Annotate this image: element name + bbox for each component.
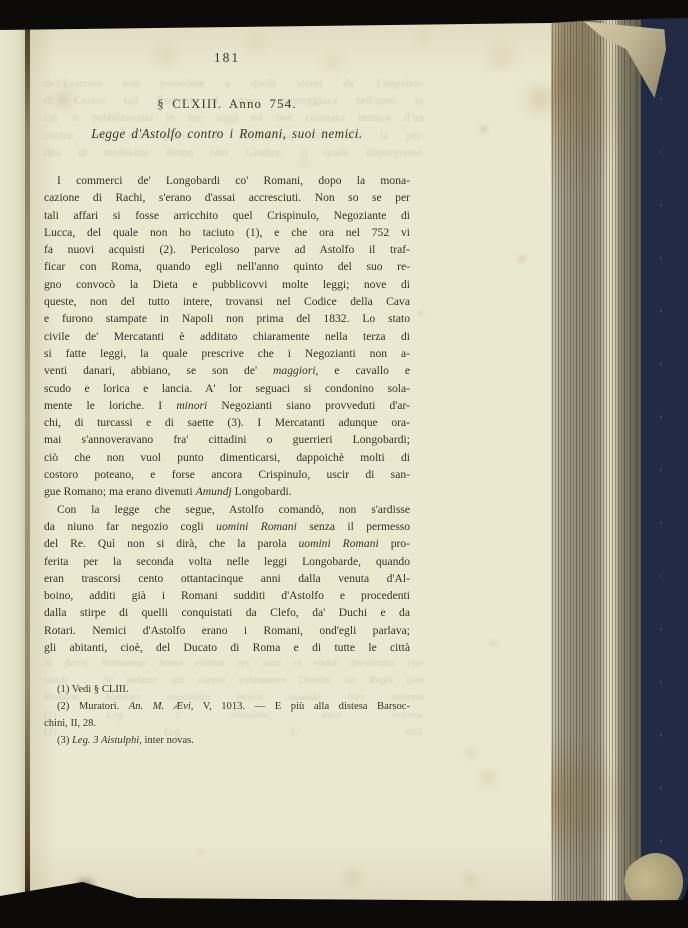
paragraph-2: Con la legge che segue, Astolfo comandò,… (44, 501, 410, 657)
body-text: I commerci de' Longobardi co' Romani, do… (44, 172, 410, 656)
text-line: venti danari, abbiano, se son de' maggio… (44, 362, 410, 379)
text-line: Con la legge che segue, Astolfo comandò,… (44, 501, 410, 518)
page-number: 181 (44, 50, 410, 66)
section-heading: § CLXIII. Anno 754. (44, 97, 410, 112)
text-line: boino, additi già i Romani sudditi d'Ast… (44, 587, 410, 604)
text-line: civile de' Mercatanti è additato chiaram… (44, 328, 410, 345)
text-line: Rotari. Nemici d'Astolfo erano i Romani,… (44, 622, 410, 639)
chapter-subtitle: Legge d'Astolfo contro i Romani, suoi ne… (44, 126, 410, 142)
text-line: queste, non del tutto intere, trovansi n… (44, 293, 410, 310)
text-line: ciò che non vuol punto dimenticarsi, dap… (44, 449, 410, 466)
text-line: I commerci de' Longobardi co' Romani, do… (44, 172, 410, 189)
text-line: eran trascorsi cento ottantacinque anni … (44, 570, 410, 587)
footnote-line: (2) Muratori. An. M. Ævi, V, 1013. — E p… (44, 699, 410, 716)
text-line: ferita per la seconda volta nelle leggi … (44, 553, 410, 570)
page-fore-edge (549, 20, 641, 906)
text-line: fa nuovi acquisti (2). Pericoloso parve … (44, 241, 410, 258)
text-line: mai s'annoveravano fra' cittadini o guer… (44, 431, 410, 448)
text-line: gue Romano; ma erano divenuti Amundj Lon… (44, 483, 410, 500)
text-line: si fatte leggi, la quale prescrive che i… (44, 345, 410, 362)
text-line: gno convocò la Dieta e pubblicovvi molte… (44, 276, 410, 293)
book-scan: dell'Esarcato non possedute a quelli sto… (0, 0, 688, 928)
text-line: costoro poteano, e forse ancora Crispinu… (44, 466, 410, 483)
footnotes: (1) Vedi § CLIII.(2) Muratori. An. M. Æv… (44, 682, 410, 750)
footnote-line: (3) Leg. 3 Aistulphi, inter novas. (44, 733, 410, 750)
footnote-line: chini, II, 28. (44, 716, 410, 733)
text-line: tali affari si fosse arricchito quel Cri… (44, 207, 410, 224)
text-line: chi, di turcassi e di saette (3). I Merc… (44, 414, 410, 431)
footnote-line: (1) Vedi § CLIII. (44, 682, 410, 699)
bleedthrough-line: Si fuerit Arimannus homo emittat res sua… (44, 655, 424, 672)
ink-bleedthrough-top: dell'Esarcato non possedute a quelli sto… (44, 76, 424, 162)
text-line: e furono stampate in Napoli non prima de… (44, 310, 410, 327)
text-line: dalla stirpe di quelli conquistati da Cl… (44, 604, 410, 621)
text-line: cazione di Rachi, s'erano d'assai accres… (44, 189, 410, 206)
paragraph-1: I commerci de' Longobardi co' Romani, do… (44, 172, 410, 501)
bleedthrough-line: cui si pubblicavano le sue leggi ed ove … (44, 110, 424, 127)
text-line: scudo e lorica e lancia. A' lor seguaci … (44, 380, 410, 397)
text-line: Lucca, del quale non ho taciuto (1), e c… (44, 224, 410, 241)
bleedthrough-line: dell'Esarcato non possedute a quelli sto… (44, 76, 424, 93)
text-line: da niuno far negozio cogli uomini Romani… (44, 518, 410, 535)
text-line: del Re. Quì non si dirà, che la parola u… (44, 535, 410, 552)
binding-gutter-shadow (25, 26, 30, 902)
text-line: mente le loriche. I minori Negozianti si… (44, 397, 410, 414)
text-line: ficar con Roma, quando egli nell'anno qu… (44, 258, 410, 275)
text-line: gli abitanti, cioè, del Ducato di Roma e… (44, 639, 410, 656)
bleedthrough-line: dita di molissimi diritto otto Giudice, … (44, 145, 424, 162)
